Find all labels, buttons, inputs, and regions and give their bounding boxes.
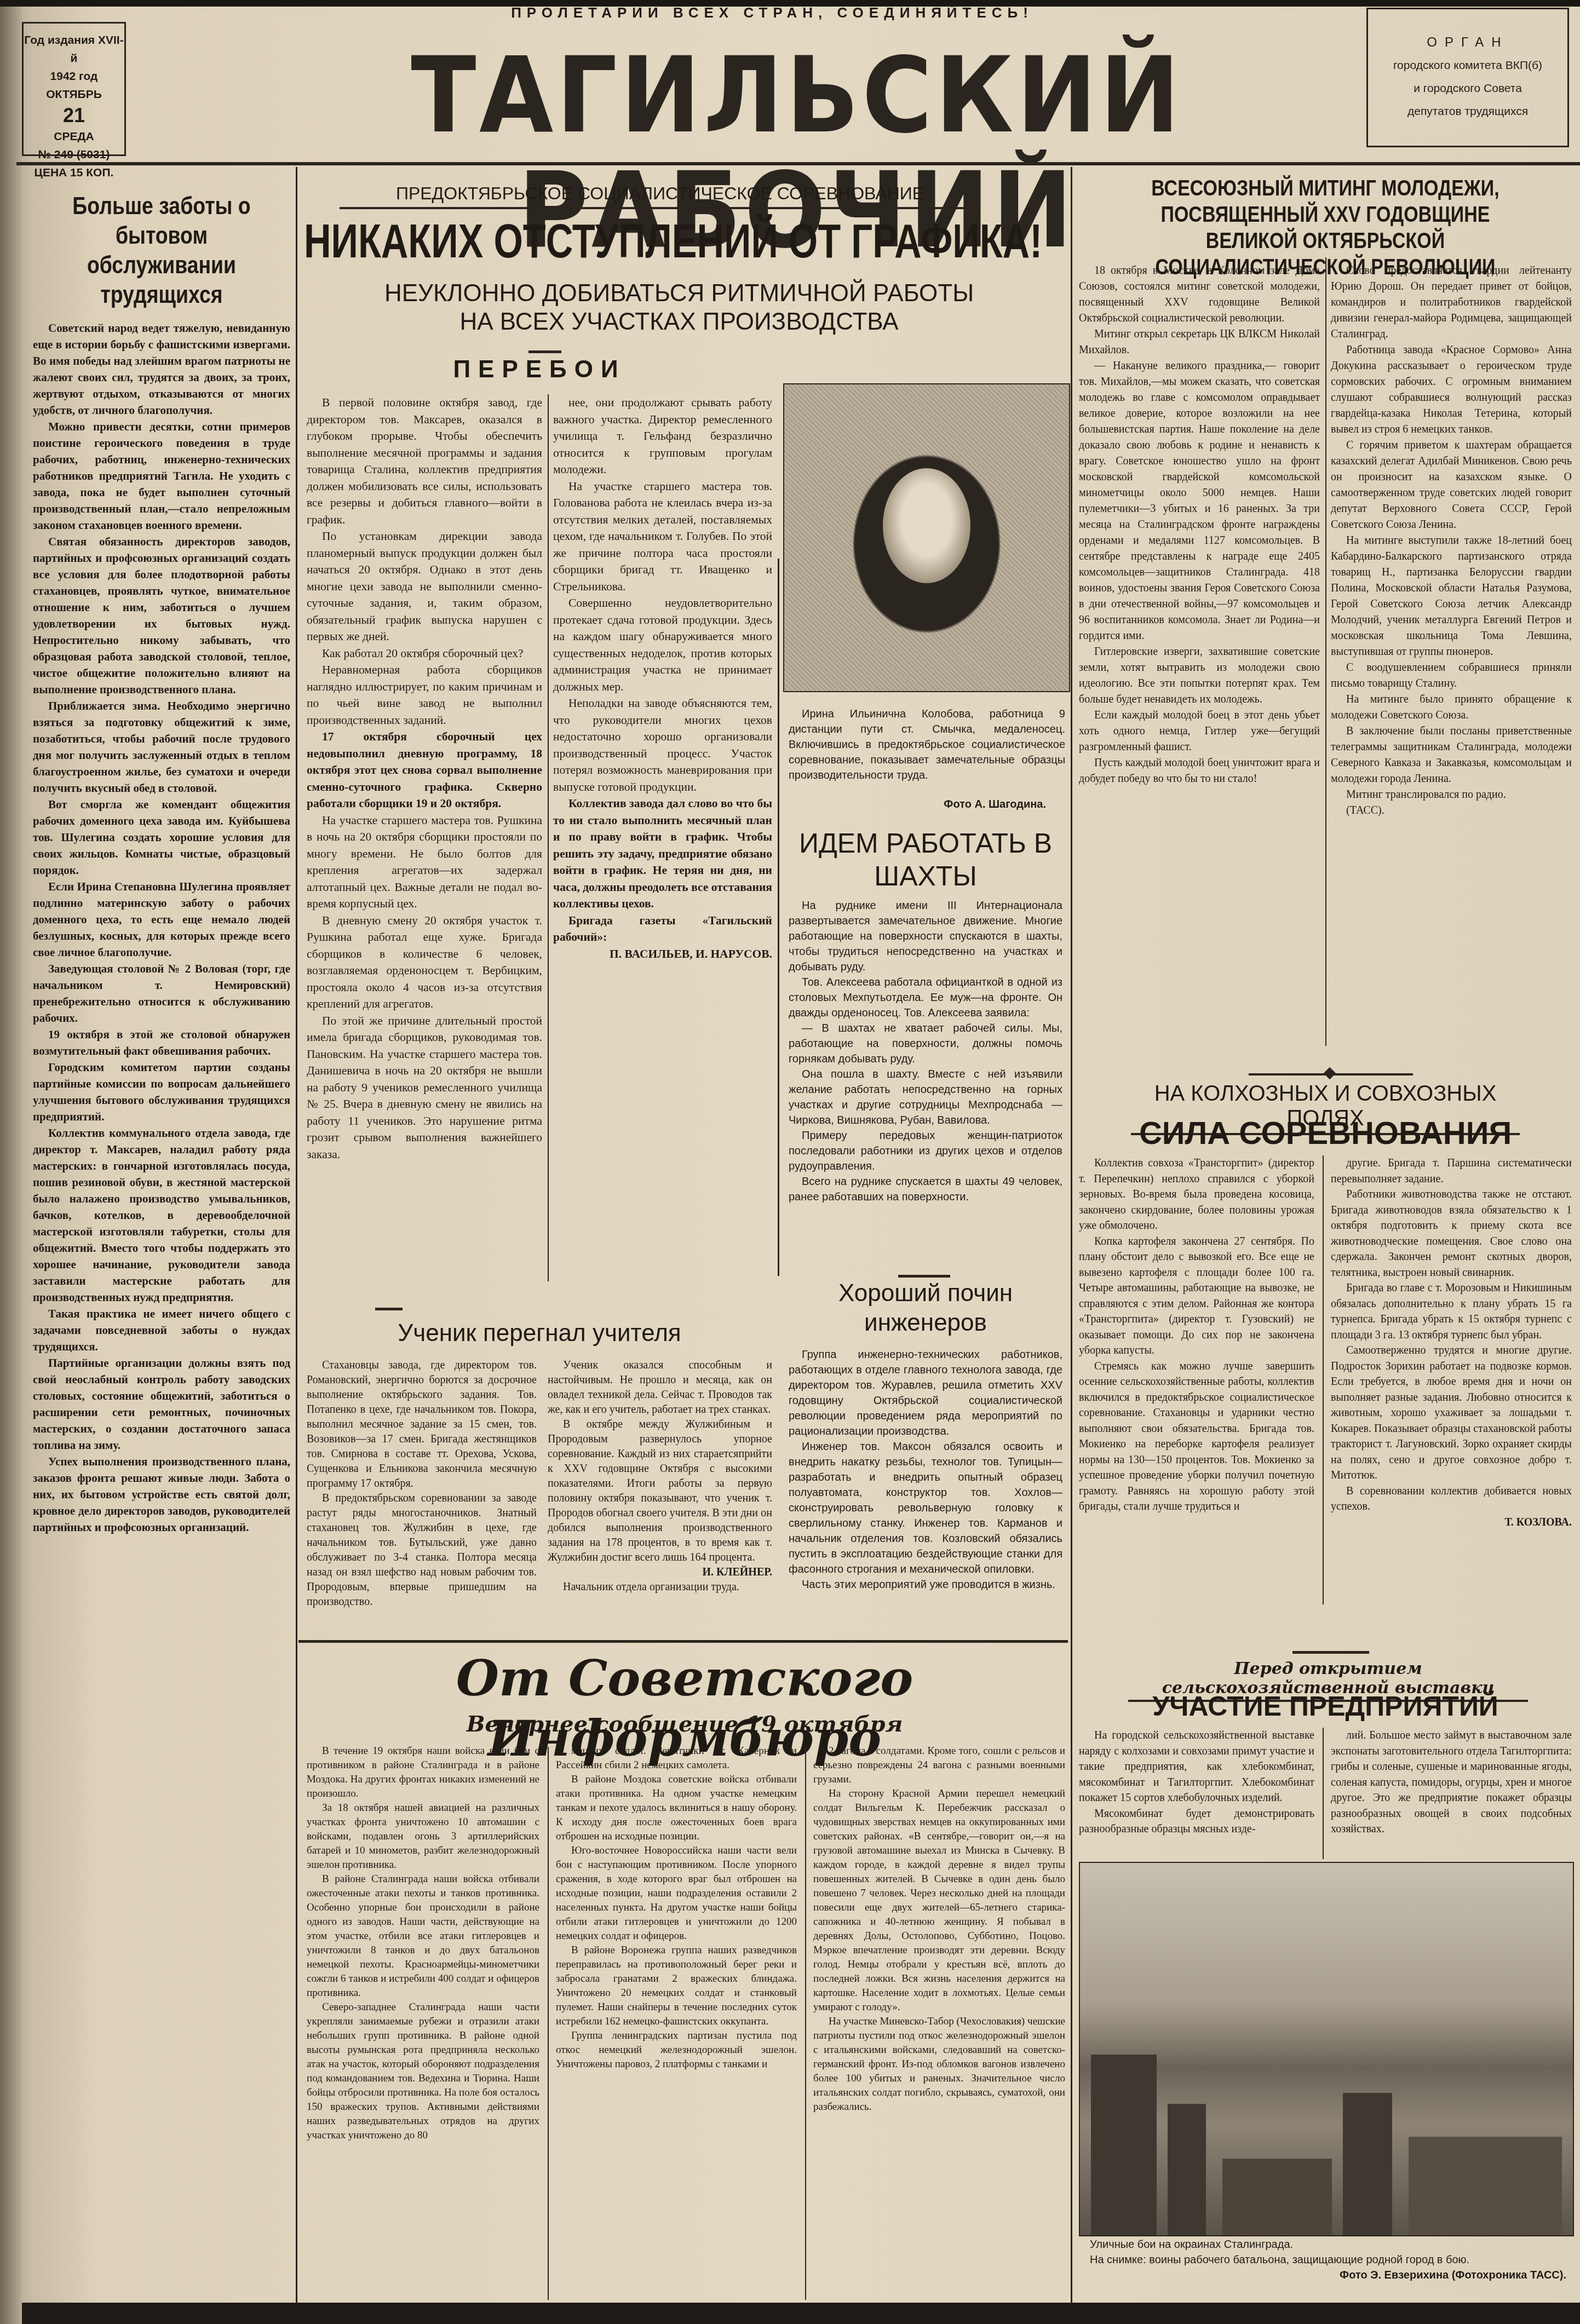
column-rule [296, 167, 297, 2303]
year: 1942 год [24, 67, 124, 85]
war-photo-credit: Фото Э. Евзерихина (Фотохроника ТАСС). [1090, 2268, 1566, 2283]
mines-title: ИДЕМ РАБОТАТЬ В ШАХТЫ [789, 827, 1062, 893]
war-photo [1079, 1862, 1574, 2236]
organ-line: городского комитета ВКП(б) [1368, 54, 1567, 77]
pereboi-col1: В первой половине октября завод, где дир… [307, 394, 542, 1163]
youth-meeting-col1: 18 октября в Москве, в Колонном зале Дом… [1079, 263, 1320, 787]
column-rule [1325, 257, 1326, 1046]
photo-ruin [1168, 2104, 1206, 2235]
mines-body: На руднике имени III Интернационала разв… [789, 898, 1062, 1205]
youth-meeting-col2: Слово предоставляется гвардии лейтенанту… [1331, 263, 1572, 819]
engineers-title: Хороший почин инженеров [789, 1279, 1062, 1338]
column-rule [1323, 1155, 1324, 1604]
photo-ruin [1343, 2093, 1392, 2235]
day: 21 [24, 103, 124, 128]
sovinformburo-col3: 2 вагона с солдатами. Кроме того, сошли … [813, 1744, 1065, 2114]
competition-headline: НИКАКИХ ОТСТУПЛЕНИЙ ОТ ГРАФИКА! [304, 214, 898, 268]
portrait-credit: Фото А. Шагодина. [789, 797, 1046, 812]
editorial-body: Советский народ ведет тяжелую, невиданну… [33, 320, 290, 1535]
pereboi-col2: нее, они продолжают срывать работу важно… [553, 394, 772, 962]
masthead-rule [16, 162, 1580, 165]
diamond-ornament-icon [1324, 1067, 1336, 1080]
issue-number: № 249 (5031) [24, 146, 124, 164]
organ-title: ОРГАН [1368, 31, 1567, 54]
motto: ПРОЛЕТАРИИ ВСЕХ СТРАН, СОЕДИНЯЙТЕСЬ! [252, 4, 1292, 21]
student-col2: Ученик оказался способным и настойчивым.… [548, 1358, 772, 1595]
separator [375, 1308, 403, 1310]
photo-ruin [1222, 2159, 1332, 2235]
page-bottom-edge [22, 2303, 1580, 2324]
sovinformburo-col1: В течение 19 октября наши войска вели бо… [307, 1744, 539, 2143]
separator [898, 1275, 950, 1278]
pereboi-title: ПЕРЕБОИ [307, 356, 772, 383]
column-rule [1071, 167, 1072, 2303]
separator [1292, 1651, 1369, 1654]
organ-line: депутатов трудящихся [1368, 100, 1567, 123]
competition-kicker: ПРЕДОКТЯБРЬСКОЕ СОЦИАЛИСТИЧЕСКОЕ СОРЕВНО… [340, 183, 980, 209]
war-photo-caption: Уличные бои на окраинах Сталинграда. На … [1090, 2237, 1566, 2283]
student-col1: Стахановцы завода, где директором тов. Р… [307, 1358, 537, 1609]
sovinformburo-col2: мецких солдат. Зенитчики тт. Каберник и … [556, 1744, 797, 2072]
exhibition-col1: На городской сельскохозяйственной выстав… [1079, 1728, 1314, 1837]
column-rule [548, 1747, 549, 2300]
exhibition-title: УЧАСТИЕ ПРЕДПРИЯТИЙ [1079, 1689, 1572, 1723]
student-signature: И. КЛЕЙНЕР. [548, 1565, 772, 1580]
farm-signature: Т. КОЗЛОВА. [1331, 1515, 1572, 1531]
competition-subhead: НЕУКЛОННО ДОБИВАТЬСЯ РИТМИЧНОЙ РАБОТЫ НА… [318, 279, 1041, 336]
editorial: Больше заботы о бытовом обслуживании тру… [33, 192, 290, 1535]
editorial-title: Больше заботы о бытовом обслуживании тру… [52, 192, 271, 310]
organ-block: ОРГАН городского комитета ВКП(б) и город… [1366, 8, 1569, 147]
tass-source: (ТАСС). [1331, 803, 1572, 819]
portrait-face [883, 468, 970, 583]
pereboi-signature: П. ВАСИЛЬЕВ, И. НАРУСОВ. [553, 946, 772, 963]
student-signature-role: Начальник отдела организации труда. [548, 1580, 772, 1595]
newspaper-page: Год издания XVII-й 1942 год ОКТЯБРЬ 21 С… [0, 0, 1580, 2324]
photo-ruin [1409, 2137, 1562, 2235]
organ-line: и городского Совета [1368, 77, 1567, 100]
column-rule [1323, 1728, 1324, 1859]
year-of-publication: Год издания XVII-й [24, 31, 124, 67]
price: ЦЕНА 15 КОП. [24, 164, 124, 182]
farm-col1: Коллектив совхоза «Трансторгпит» (директ… [1079, 1155, 1314, 1515]
column-rule [805, 1747, 806, 2300]
student-title: Ученик перегнал учителя [307, 1320, 772, 1347]
wavy-rule [298, 1640, 1068, 1643]
exhibition-col2: лий. Большое место займут в выставочном … [1331, 1728, 1572, 1837]
column-rule [548, 394, 549, 1281]
issue-date-block: Год издания XVII-й 1942 год ОКТЯБРЬ 21 С… [22, 22, 126, 156]
column-rule [778, 559, 779, 1276]
engineers-body: Группа инженерно-технических работников,… [789, 1347, 1062, 1592]
sovinformburo-subtitle: Вечернее сообщение 19 октября [304, 1711, 1065, 1738]
portrait-photo [783, 383, 1070, 692]
weekday: СРЕДА [24, 128, 124, 146]
farm-title: СИЛА СОРЕВНОВАНИЯ [1079, 1114, 1572, 1153]
farm-col2: другие. Бригада т. Паршина систематическ… [1331, 1155, 1572, 1530]
separator [528, 350, 561, 353]
portrait-caption: Ирина Ильинична Колобова, работница 9 ди… [789, 706, 1065, 783]
photo-ruin [1091, 2055, 1157, 2235]
binding-spine [0, 0, 22, 2324]
month: ОКТЯБРЬ [24, 85, 124, 103]
